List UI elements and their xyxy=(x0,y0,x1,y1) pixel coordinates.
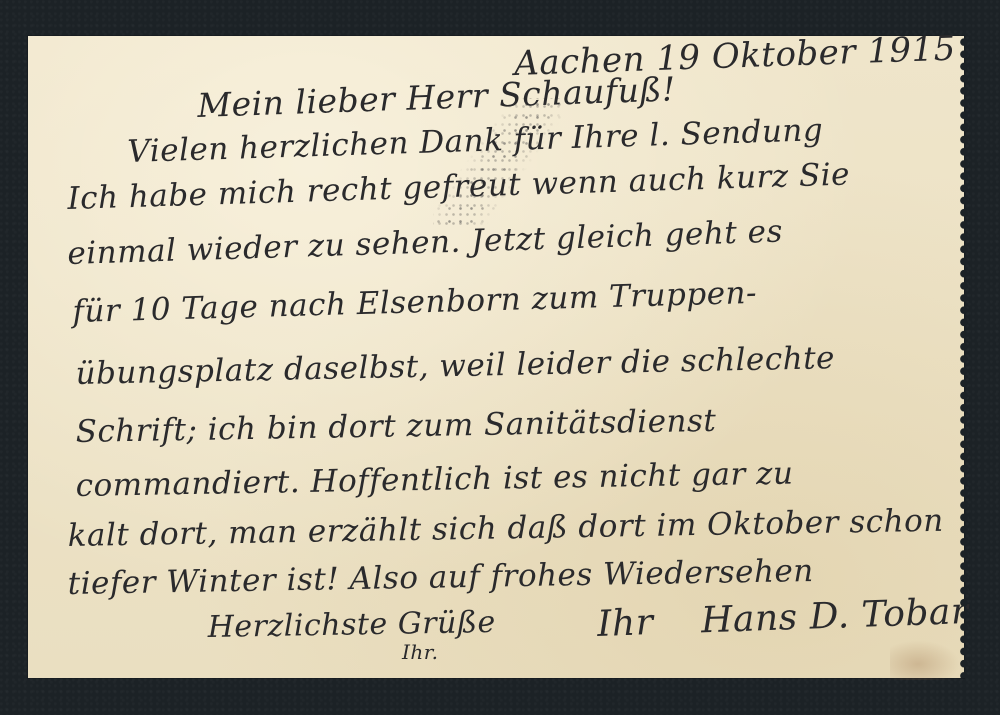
salutation: Mein lieber Herr Schaufuß! xyxy=(197,69,677,125)
body-line-8: kalt dort, man erzählt sich daß dort im … xyxy=(67,503,944,554)
closing-mark: Ihr. xyxy=(402,640,439,664)
body-line-9: tiefer Winter ist! Also auf frohes Wiede… xyxy=(67,553,814,602)
signature: Ihr Hans D. Tobar xyxy=(597,591,970,645)
body-line-5: übungsplatz daselbst, weil leider die sc… xyxy=(75,340,835,392)
body-line-3: einmal wieder zu sehen. Jetzt gleich geh… xyxy=(67,214,783,272)
postcard: Aachen 19 Oktober 1915 Mein lieber Herr … xyxy=(28,36,964,678)
perforated-edge xyxy=(958,36,970,678)
signature-name: Hans D. Tobar xyxy=(700,591,969,641)
ink-smudge xyxy=(890,640,960,680)
body-line-4: für 10 Tage nach Elsenborn zum Truppen- xyxy=(72,275,757,330)
signature-prefix: Ihr xyxy=(597,602,655,645)
postmark-cancellation xyxy=(433,98,563,228)
closing-greeting: Herzlichste Grüße xyxy=(207,605,496,645)
body-line-6: Schrift; ich bin dort zum Sanitätsdienst xyxy=(75,403,716,450)
body-line-7: commandiert. Hoffentlich ist es nicht ga… xyxy=(75,455,793,504)
